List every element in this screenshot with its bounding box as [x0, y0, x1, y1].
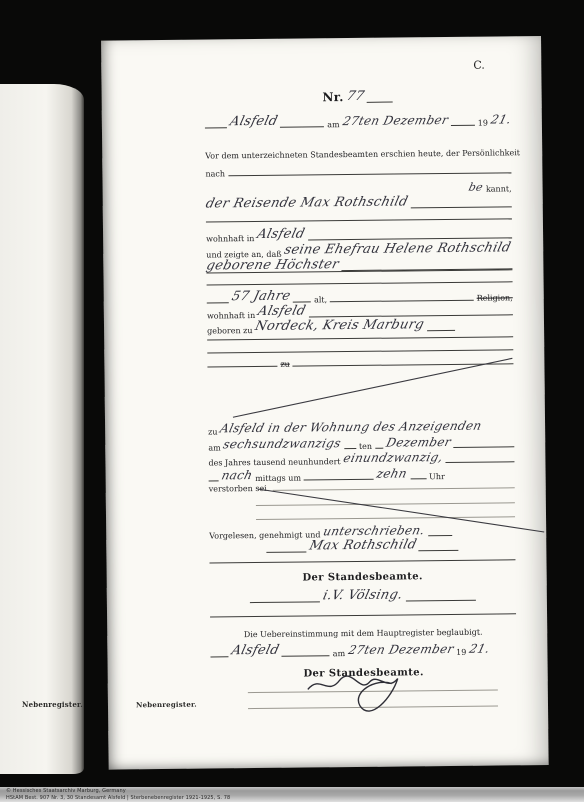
- beglaubigt-label: Die Uebereinstimmung mit dem Hauptregist…: [244, 628, 483, 640]
- footer-dateline-row: Alsfeld am 27ten Dezember 19 21.: [210, 641, 516, 659]
- rule-line: [248, 689, 498, 693]
- blank-line: [454, 446, 515, 448]
- record-number-label: Nr.: [322, 91, 343, 105]
- blank-line: [375, 447, 383, 448]
- blank-line: [419, 550, 459, 551]
- archive-caption-line2: HStAM Best. 907 Nr. 3, 30 Standesamt Als…: [6, 795, 230, 801]
- rule-line: [207, 281, 513, 285]
- blank-line: [207, 302, 229, 303]
- rule-line: [256, 516, 515, 520]
- am-label: am: [327, 120, 339, 129]
- blank-line: [293, 301, 311, 302]
- registrar-signature-1: i.V. Völsing.: [321, 588, 404, 604]
- year-prefix-2: 19: [456, 648, 466, 657]
- archive-caption-bar: © Hessisches Staatsarchiv Marburg, Germa…: [0, 787, 584, 802]
- blank-line: [451, 125, 475, 126]
- blank-line: [428, 535, 452, 536]
- blank-line: [293, 363, 514, 366]
- registrar-title-row-1: Der Standesbeamte.: [210, 570, 516, 585]
- rule-line: [207, 336, 513, 340]
- religion-label-struck: Religion,: [477, 293, 513, 303]
- standesbeamte-label-1: Der Standesbeamte.: [302, 571, 423, 584]
- verstorben-label: verstorben sei.: [209, 484, 270, 494]
- nebenregister-margin-label: Nebenregister.: [136, 700, 197, 710]
- rule-line: [207, 349, 513, 353]
- archive-caption-line1: © Hessisches Staatsarchiv Marburg, Germa…: [6, 788, 126, 794]
- death-month-value: Dezember: [384, 436, 452, 451]
- verstorben-row: verstorben sei.: [209, 481, 515, 493]
- blank-line: [446, 461, 515, 463]
- death-time-row: nach mittags um zehn Uhr: [209, 466, 515, 483]
- register-page: C. Nebenregister. Nr. 77 Alsfeld am 27te…: [101, 36, 549, 770]
- certification-row: Die Uebereinstimmung mit dem Hauptregist…: [210, 627, 516, 639]
- blank-line: [330, 300, 474, 303]
- blank-line: [282, 655, 330, 657]
- footer-date: 27ten Dezember: [346, 643, 454, 658]
- death-day-value: sechsundzwanzigs: [222, 437, 343, 452]
- header-date: 27ten Dezember: [341, 114, 449, 129]
- blank-line: [427, 330, 455, 331]
- registrar-title-row-2: Der Standesbeamte.: [211, 666, 517, 681]
- mittags-um-label: mittags um: [255, 473, 301, 483]
- registrar-signature-row-1: i.V. Völsing.: [210, 587, 516, 605]
- jahres-label: des Jahres tausend neunhundert: [208, 457, 340, 468]
- death-place-value: Alsfeld in der Wohnung des Anzeigenden: [219, 420, 484, 437]
- struck-zu-row: zu: [207, 357, 513, 369]
- birthplace-row: geboren zu Nordeck, Kreis Marburg: [207, 317, 513, 335]
- death-year-row: des Jahres tausend neunhundert einundzwa…: [208, 450, 514, 467]
- rule-line: [210, 613, 516, 617]
- alt-label: alt,: [314, 295, 327, 304]
- bekannt-handwriting: be: [467, 182, 484, 195]
- declarant-signature-row: Max Rothschild: [209, 537, 515, 555]
- form-corner-letter: C.: [473, 59, 485, 72]
- death-place-row: zu Alsfeld in der Wohnung des Anzeigende…: [208, 419, 514, 436]
- am-label-3: am: [333, 649, 345, 658]
- death-hour-value: zehn: [375, 467, 408, 481]
- bekannt-label: kannt,: [486, 185, 512, 194]
- rule-line: [256, 502, 515, 506]
- blank-line: [228, 173, 511, 177]
- blank-line: [207, 366, 277, 368]
- am-label-2: am: [208, 443, 220, 452]
- strike-marks: [101, 36, 549, 770]
- header-place: Alsfeld: [228, 115, 279, 130]
- year-prefix: 19: [478, 118, 488, 127]
- header-dateline-row: Alsfeld am 27ten Dezember 19 21.: [205, 112, 511, 130]
- zu-label: zu: [208, 427, 217, 436]
- death-date-row: am sechsundzwanzigs ten Dezember: [208, 435, 514, 452]
- blank-line: [205, 127, 227, 128]
- blank-line: [209, 480, 219, 481]
- declarant-name: der Reisende Max Rothschild: [204, 195, 409, 212]
- ten-label: ten: [359, 441, 372, 450]
- blank-line: [250, 601, 320, 603]
- declarant-signature: Max Rothschild: [307, 538, 417, 554]
- nach-handwriting: nach: [220, 469, 254, 483]
- blank-line: [266, 551, 306, 552]
- footer-year: 21.: [468, 643, 491, 657]
- rule-line: [248, 705, 498, 709]
- blank-line: [304, 479, 374, 481]
- blank-line: [280, 126, 324, 127]
- record-number-value: 77: [345, 90, 366, 105]
- intro-text: Vor dem unterzeichneten Standesbeamten e…: [205, 148, 520, 160]
- birthplace-value: Nordeck, Kreis Marburg: [254, 318, 426, 335]
- previous-page-edge: Nebenregister.: [0, 84, 84, 774]
- death-year-value: einundzwanzig,: [342, 451, 444, 466]
- declarant-row: der Reisende Max Rothschild: [206, 194, 512, 212]
- blank-line: [410, 478, 426, 479]
- standesbeamte-label-2: Der Standesbeamte.: [303, 667, 424, 680]
- nach-row: nach: [205, 166, 511, 178]
- intro-row: Vor dem unterzeichneten Standesbeamten e…: [205, 148, 511, 160]
- blank-line: [344, 448, 356, 449]
- blank-line: [410, 206, 511, 208]
- blank-line: [210, 656, 228, 657]
- header-year: 21.: [489, 113, 512, 127]
- blank-line: [406, 600, 476, 602]
- nach-label: nach: [205, 169, 225, 178]
- uhr-label: Uhr: [429, 472, 445, 481]
- rule-line: [209, 559, 515, 563]
- geboren-zu-label: geboren zu: [207, 326, 253, 336]
- wohnhaft-label: wohnhaft in: [206, 234, 254, 244]
- blank-line: [272, 487, 514, 491]
- blank-line: [367, 101, 393, 102]
- residence-value-1: Alsfeld: [256, 227, 307, 242]
- rule-line: [206, 218, 512, 222]
- record-number-row: Nr. 77: [205, 88, 511, 106]
- wohnhaft-label-2: wohnhaft in: [207, 311, 255, 321]
- previous-page-margin-label: Nebenregister.: [22, 700, 83, 709]
- footer-place: Alsfeld: [230, 644, 281, 659]
- zu-label-struck: zu: [280, 360, 289, 369]
